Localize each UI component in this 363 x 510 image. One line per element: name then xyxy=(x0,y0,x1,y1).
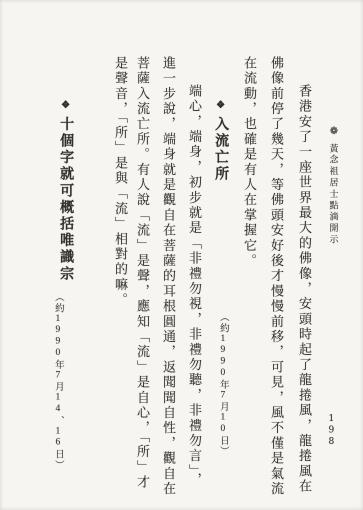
section-date: ︵約1990年7月14、16日︶ xyxy=(52,292,63,471)
section-title: ❖十個字就可概括唯識宗 xyxy=(57,100,73,283)
section-title-text: 十個字就可概括唯識宗 xyxy=(58,117,73,283)
paragraph-column: 菩薩入流亡所。有人說「流」是聲，應知「流」是自心，「所」才 xyxy=(134,56,149,490)
section-marker-icon: ❖ xyxy=(60,100,72,114)
section-date: ︵約1990年7月10日︶ xyxy=(217,312,228,457)
page-number: 198 xyxy=(326,414,336,449)
section-title: ❖入流亡所 xyxy=(212,100,228,183)
rosette-ornament-icon: ❁ xyxy=(328,126,340,139)
paragraph-column: 香港安了一座世界最大的佛像，安頭時起了龍捲風，龍捲風在 xyxy=(296,84,311,494)
section-marker-icon: ❖ xyxy=(215,100,227,114)
paragraph-column: 在流動，也確是有人在掌握它。 xyxy=(241,56,256,269)
running-head: ❁黃念祖居士點滴開示 xyxy=(328,126,340,246)
paragraph-column: 端心，端身，初步就是「非禮勿視，非禮勿聽，非禮勿言」， xyxy=(186,84,201,488)
paragraph-column: 佛像前停了幾天，等佛頭安好後才慢慢前移，可見，風不僅是氣流 xyxy=(268,56,283,497)
scanned-book-page: ❁黃念祖居士點滴開示 198 香港安了一座世界最大的佛像，安頭時起了龍捲風，龍捲… xyxy=(0,0,363,510)
running-head-title: 黃念祖居士點滴開示 xyxy=(329,143,339,246)
paragraph-column: 是聲音，「所」是與「流」相對的嘛。 xyxy=(112,56,127,308)
section-title-text: 入流亡所 xyxy=(213,117,228,183)
paragraph-column: 進一步說，端身就是觀自在菩薩的耳根圓通，返聞聞自性，觀自在 xyxy=(160,56,175,497)
